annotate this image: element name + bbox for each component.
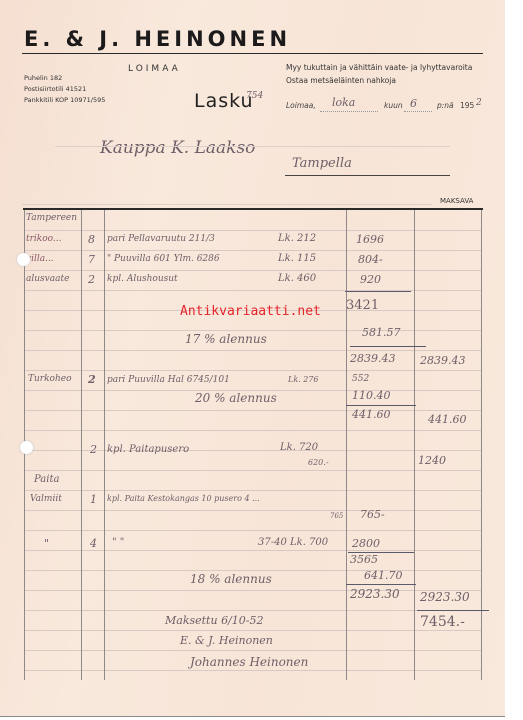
invoice-number: 754 [246, 91, 263, 101]
qty-cell: 2 [90, 443, 97, 456]
discount-amount-cell: 581.57 [362, 326, 401, 339]
desc-cell: " Puuvilla 601 Ylm. 6286 [107, 254, 220, 264]
day-label: p:nä [437, 101, 454, 110]
desc-cell: pari Puuvilla Hal 6745/101 [107, 375, 230, 385]
subtotal-line [346, 405, 416, 406]
amount-cell: 552 [352, 374, 369, 384]
price-cell: 765 [330, 512, 343, 520]
desc-cell: " " [112, 537, 124, 548]
qty-cell: 2 [88, 373, 96, 386]
unit-price-cell: 620.- [308, 458, 329, 467]
paid-note: Maksettu 6/10-52 [165, 614, 263, 627]
postal-giro: Postisiirtotili 41521 [24, 85, 86, 93]
category-cell: Valmiit [30, 494, 62, 504]
amount-cell: 765- [360, 508, 385, 521]
desc-cell: kpl. Alushousut [107, 274, 178, 284]
payer-label: MAKSAVA [440, 197, 473, 205]
recipient-city: Tampella [292, 156, 352, 171]
col-rule-qty [104, 210, 105, 680]
total-cell: 2923.30 [420, 590, 470, 604]
day-value: 6 [410, 97, 417, 110]
col-rule-desc [346, 210, 347, 680]
year-prefix: 195 [460, 101, 474, 110]
price-cell: Lk. 460 [278, 273, 316, 284]
invoice-paper: E. & J. HEINONEN LOIMAA Puhelin 182 Post… [0, 0, 505, 717]
price-cell: Lk. 720 [280, 442, 318, 453]
subtotal-line [346, 584, 416, 585]
company-name: E. & J. HEINONEN [24, 27, 291, 51]
net-amount-cell: 441.60 [352, 408, 391, 421]
amount-cell: 1696 [356, 233, 384, 246]
category-cell: villa... [26, 254, 54, 264]
price-cell: 37-40 Lk. 700 [258, 537, 328, 548]
place-label: Loimaa, [286, 101, 316, 110]
price-cell: Lk. 276 [288, 375, 319, 384]
total-cell: 2839.43 [420, 354, 466, 367]
invoice-title: Lasku [194, 90, 254, 112]
year-suffix: 2 [476, 98, 482, 108]
category-cell: " [44, 537, 49, 550]
net-amount-cell: 2839.43 [350, 352, 396, 365]
price-cell: Lk. 212 [278, 233, 316, 244]
subtotal-cell: 3421 [346, 298, 379, 313]
month-line [320, 111, 378, 112]
qty-cell: 7 [88, 253, 95, 266]
qty-cell: 1 [90, 493, 97, 506]
grand-total-line [417, 610, 489, 611]
recipient-line-1 [55, 146, 450, 147]
discount-amount-cell: 110.40 [352, 389, 391, 402]
net-amount-cell: 2923.30 [350, 587, 400, 601]
header-rule [22, 53, 483, 54]
signature-name: Johannes Heinonen [190, 655, 308, 669]
total-cell: 441.60 [428, 413, 467, 426]
amount-cell: 2800 [352, 537, 380, 550]
category-cell: Paita [34, 474, 59, 485]
signature-company: E. & J. Heinonen [180, 634, 273, 647]
bank-account: Pankkitili KOP 10971/595 [24, 96, 105, 104]
qty-cell: 4 [90, 537, 97, 550]
col-rule-category [81, 210, 82, 680]
grand-total-cell: 7454.- [420, 614, 465, 630]
category-cell: Tampereen [26, 213, 77, 223]
subtotal-line [350, 346, 426, 347]
day-line [404, 111, 432, 112]
company-city: LOIMAA [128, 64, 181, 74]
desc-cell: kpl. Paita Kestokangas 10 pusero 4 ... [107, 494, 260, 503]
subtotal-line [345, 291, 411, 292]
category-cell: trikoo... [26, 234, 62, 244]
total-cell: 1240 [418, 454, 446, 467]
price-cell: Lk. 115 [278, 253, 316, 264]
recipient-name: Kauppa K. Laakso [100, 138, 255, 158]
qty-cell: 2 [88, 273, 95, 286]
discount-label: 20 % alennus [195, 391, 277, 405]
month-value: loka [332, 96, 355, 109]
slogan-buys: Ostaa metsäeläinten nahkoja [286, 76, 396, 85]
subtotal-cell: 3565 [350, 553, 378, 566]
punch-hole [20, 441, 33, 454]
qty-cell: 8 [88, 233, 95, 246]
desc-cell: pari Pellavaruutu 211/3 [107, 234, 215, 244]
desc-cell: kpl. Paitapusero [107, 444, 189, 455]
discount-amount-cell: 641.70 [364, 569, 403, 582]
watermark: Antikvariaatti.net [180, 304, 321, 319]
slogan-sells: Myy tukuttain ja vähittäin vaate- ja lyh… [286, 63, 472, 72]
amount-cell: 920 [360, 273, 381, 286]
category-cell: Turkoheo [28, 374, 72, 384]
discount-label: 18 % alennus [190, 572, 272, 586]
recipient-city-underline [285, 175, 450, 176]
payer-line [22, 204, 432, 205]
punch-hole [17, 253, 30, 266]
discount-label: 17 % alennus [185, 332, 267, 346]
phone: Puhelin 182 [24, 74, 62, 82]
amount-cell: 804- [358, 253, 383, 266]
col-rule-amount [414, 210, 415, 680]
category-cell: alusvaate [26, 274, 69, 284]
month-label: kuun [384, 101, 403, 110]
